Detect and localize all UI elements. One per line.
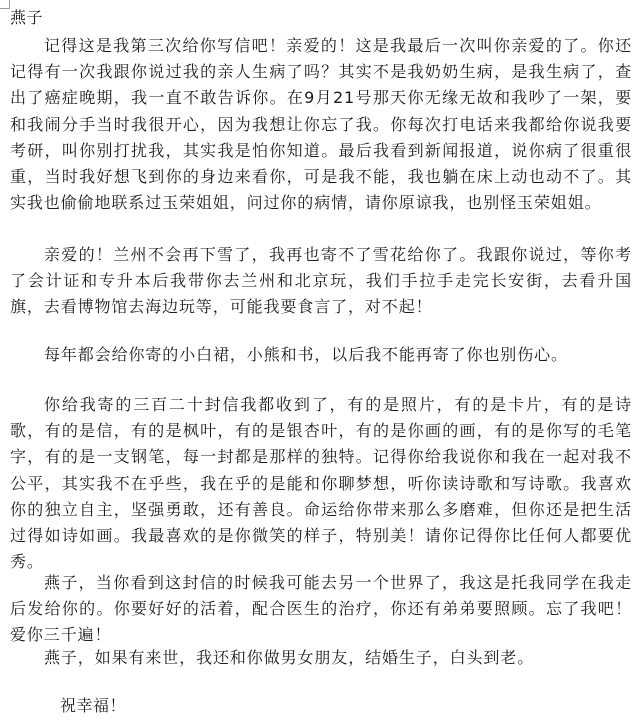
letter-paragraph-1: 记得这是我第三次给你写信吧！亲爱的！这是我最后一次叫你亲爱的了。你还记得有一次我… — [10, 33, 632, 216]
letter-paragraph-6: 燕子，如果有来世，我还和你做男女朋友，结婚生子，白头到老。 — [10, 645, 632, 671]
letter-closing: 祝幸福！ — [60, 694, 126, 718]
text-boundary-corner-mark — [0, 0, 10, 9]
letter-paragraph-4: 你给我寄的三百二十封信我都收到了，有的是照片，有的是卡片，有的是诗歌，有的是信，… — [10, 392, 632, 575]
letter-salutation: 燕子 — [10, 6, 43, 30]
letter-paragraph-5: 燕子，当你看到这封信的时候我可能去另一个世界了，我这是托我同学在我走后发给你的。… — [10, 570, 632, 649]
letter-paragraph-2: 亲爱的！兰州不会再下雪了，我再也寄不了雪花给你了。我跟你说过，等你考了会计证和专… — [10, 242, 632, 321]
letter-paragraph-3: 每年都会给你寄的小白裙，小熊和书，以后我不能再寄了你也别伤心。 — [10, 342, 632, 368]
